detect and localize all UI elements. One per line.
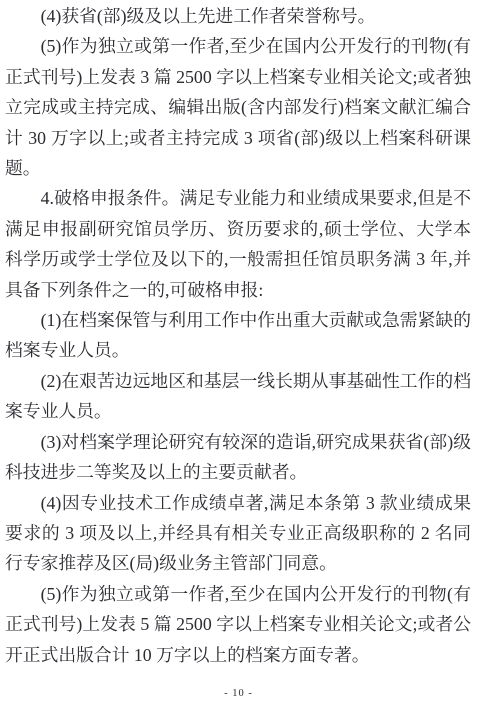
paragraph: (5)作为独立或第一作者,至少在国内公开发行的刊物(有正式刊号)上发表 3 篇 … xyxy=(5,31,471,183)
document-body: (4)获省(部)级及以上先进工作者荣誉称号。 (5)作为独立或第一作者,至少在国… xyxy=(0,0,477,670)
page-number: - 10 - xyxy=(0,688,477,699)
paragraph: (5)作为独立或第一作者,至少在国内公开发行的刊物(有正式刊号)上发表 5 篇 … xyxy=(5,579,471,670)
paragraph: (3)对档案学理论研究有较深的造诣,研究成果获省(部)级科技进步二等奖及以上的主… xyxy=(5,427,471,488)
paragraph: (4)获省(部)级及以上先进工作者荣誉称号。 xyxy=(5,1,471,31)
paragraph: 4.破格申报条件。满足专业能力和业绩成果要求,但是不满足申报副研究馆员学历、资历… xyxy=(5,183,471,305)
paragraph: (1)在档案保管与利用工作中作出重大贡献或急需紧缺的档案专业人员。 xyxy=(5,305,471,366)
paragraph: (4)因专业技术工作成绩卓著,满足本条第 3 款业绩成果要求的 3 项及以上,并… xyxy=(5,488,471,579)
document-page: (4)获省(部)级及以上先进工作者荣誉称号。 (5)作为独立或第一作者,至少在国… xyxy=(0,0,477,706)
paragraph: (2)在艰苦边远地区和基层一线长期从事基础性工作的档案专业人员。 xyxy=(5,366,471,427)
